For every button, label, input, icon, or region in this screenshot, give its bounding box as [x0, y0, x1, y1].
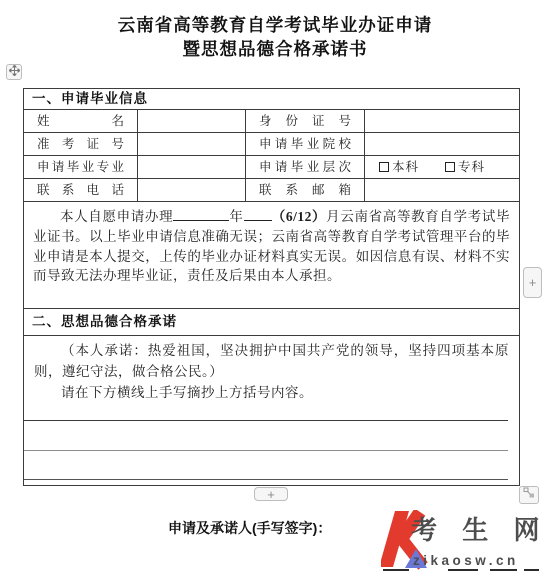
- resize-icon: [523, 486, 535, 504]
- pledge-instruction: 请在下方横线上手写摘抄上方括号内容。: [34, 382, 509, 403]
- plus-icon: +: [529, 276, 537, 289]
- insert-row-button[interactable]: +: [254, 487, 288, 501]
- declaration-month-hint: （6/12）: [272, 209, 327, 224]
- watermark-domain-text: zikaosw.cn: [413, 553, 519, 568]
- watermark-brand-text: 考 生 网: [411, 510, 541, 547]
- section1-heading: 一、申请毕业信息: [24, 89, 519, 110]
- declaration-part2: 年: [229, 209, 243, 224]
- institution-label: 申请毕业院校: [246, 133, 365, 156]
- year-blank-field[interactable]: [173, 207, 229, 221]
- email-field[interactable]: [365, 179, 519, 202]
- applicant-info-grid: 姓名 身份证号 准考证号 申请毕业院校 申请毕业专业 申请毕业层次 本科 专科 …: [24, 110, 519, 202]
- pledge-cell[interactable]: （本人承诺：热爱祖国，坚决拥护中国共产党的领导，坚持四项基本原则，遵纪守法，做合…: [24, 336, 519, 486]
- checkbox-benke-icon[interactable]: [379, 162, 389, 172]
- title-line-1: 云南省高等教育自学考试毕业办证申请: [0, 13, 550, 37]
- exam-ticket-label: 准考证号: [24, 133, 138, 156]
- id-number-label: 身份证号: [246, 110, 365, 133]
- benke-label: 本科: [392, 160, 419, 174]
- document-page: 云南省高等教育自学考试毕业办证申请 暨思想品德合格承诺书 一、申请毕业信息 姓名: [0, 0, 550, 581]
- pledge-text: （本人承诺：热爱祖国，坚决拥护中国共产党的领导，坚持四项基本原则，遵纪守法，做合…: [34, 340, 509, 382]
- table-move-handle[interactable]: [6, 64, 22, 80]
- level-options: 本科 专科: [365, 156, 519, 179]
- level-label: 申请毕业层次: [246, 156, 365, 179]
- zhuanke-label: 专科: [458, 160, 485, 174]
- handwriting-line-1: [24, 420, 508, 421]
- page-title: 云南省高等教育自学考试毕业办证申请 暨思想品德合格承诺书: [0, 13, 550, 61]
- phone-label: 联系电话: [24, 179, 138, 202]
- checkbox-zhuanke-icon[interactable]: [445, 162, 455, 172]
- month-blank-field[interactable]: [244, 207, 272, 221]
- declaration-paragraph: 本人自愿申请办理年（6/12）月云南省高等教育自学考试毕业证书。以上毕业申请信息…: [33, 207, 510, 286]
- section2-heading: 二、思想品德合格承诺: [24, 309, 519, 336]
- application-form-table: 一、申请毕业信息 姓名 身份证号 准考证号 申请毕业院校 申请毕业专业 申请毕业…: [23, 88, 520, 486]
- institution-field[interactable]: [365, 133, 519, 156]
- handwriting-line-2: [24, 450, 508, 451]
- major-field[interactable]: [138, 156, 246, 179]
- email-label: 联系邮箱: [246, 179, 365, 202]
- handwriting-line-3: [24, 479, 508, 480]
- table-resize-handle[interactable]: [519, 486, 539, 504]
- level-option-benke[interactable]: 本科: [379, 156, 419, 178]
- title-line-2: 暨思想品德合格承诺书: [0, 37, 550, 61]
- watermark: 考 生 网 zikaosw.cn: [381, 508, 543, 572]
- plus-icon: +: [267, 488, 275, 501]
- level-option-zhuanke[interactable]: 专科: [445, 156, 485, 178]
- exam-ticket-field[interactable]: [138, 133, 246, 156]
- move-icon: [9, 63, 20, 81]
- id-number-field[interactable]: [365, 110, 519, 133]
- major-label: 申请毕业专业: [24, 156, 138, 179]
- name-field[interactable]: [138, 110, 246, 133]
- name-label: 姓名: [24, 110, 138, 133]
- phone-field[interactable]: [138, 179, 246, 202]
- declaration-cell[interactable]: 本人自愿申请办理年（6/12）月云南省高等教育自学考试毕业证书。以上毕业申请信息…: [24, 202, 519, 309]
- declaration-part1: 本人自愿申请办理: [60, 209, 173, 224]
- insert-column-button[interactable]: +: [523, 267, 542, 298]
- signature-label: 申请及承诺人(手写签字)：: [168, 518, 331, 538]
